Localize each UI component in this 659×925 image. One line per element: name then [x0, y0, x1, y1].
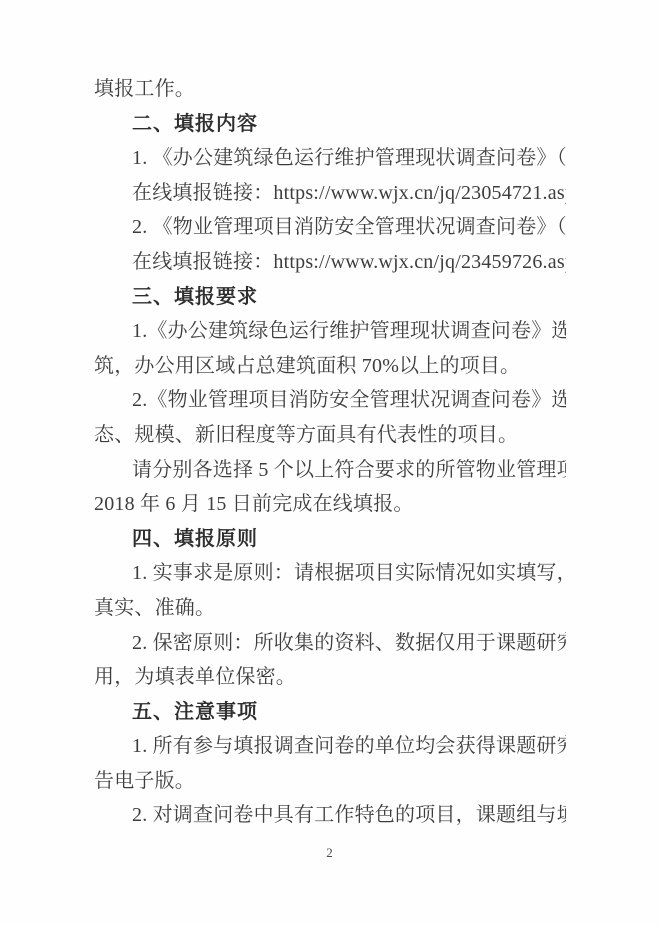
section-heading-5: 五、注意事项 [94, 695, 566, 730]
paragraph-line: 请分别各选择 5 个以上符合要求的所管物业管理项目，于 [94, 453, 566, 488]
survey-2-link-line: 在线填报链接：https://www.wjx.cn/jq/23459726.as… [94, 245, 566, 280]
document-text-column: 填报工作。 二、填报内容 1. 《办公建筑绿色运行维护管理现状调查问卷》（附件 … [94, 72, 566, 833]
section-heading-4: 四、填报原则 [94, 522, 566, 557]
paragraph-line: 用，为填表单位保密。 [94, 660, 566, 695]
paragraph-line: 1. 实事求是原则：请根据项目实际情况如实填写，确保数据 [94, 556, 566, 591]
link-label: 在线填报链接： [132, 251, 273, 273]
list-item-survey-2-title: 2. 《物业管理项目消防安全管理状况调查问卷》（附件 2） [94, 210, 566, 245]
paragraph-line: 2.《物业管理项目消防安全管理状况调查问卷》选择不同业 [94, 383, 566, 418]
section-heading-2: 二、填报内容 [94, 107, 566, 142]
survey-link-1[interactable]: https://www.wjx.cn/jq/23054721.aspx [273, 182, 566, 204]
document-page: 填报工作。 二、填报内容 1. 《办公建筑绿色运行维护管理现状调查问卷》（附件 … [0, 0, 659, 925]
paragraph-line: 1.《办公建筑绿色运行维护管理现状调查问卷》选择办公建 [94, 314, 566, 349]
page-number: 2 [0, 845, 659, 861]
paragraph-line: 2018 年 6 月 15 日前完成在线填报。 [94, 487, 566, 522]
link-label: 在线填报链接： [132, 182, 273, 204]
paragraph-line: 1. 所有参与填报调查问卷的单位均会获得课题研究成果报 [94, 729, 566, 764]
paragraph-line: 筑，办公用区域占总建筑面积 70%以上的项目。 [94, 349, 566, 384]
list-item-survey-1-title: 1. 《办公建筑绿色运行维护管理现状调查问卷》（附件 1） [94, 141, 566, 176]
survey-1-link-line: 在线填报链接：https://www.wjx.cn/jq/23054721.as… [94, 176, 566, 211]
paragraph-line: 2. 保密原则：所收集的资料、数据仅用于课题研究，不作他 [94, 626, 566, 661]
paragraph-continuation: 填报工作。 [94, 72, 566, 107]
paragraph-line: 真实、准确。 [94, 591, 566, 626]
paragraph-line: 告电子版。 [94, 764, 566, 799]
paragraph-line: 态、规模、新旧程度等方面具有代表性的项目。 [94, 418, 566, 453]
survey-link-2[interactable]: https://www.wjx.cn/jq/23459726.aspx [273, 251, 566, 273]
section-heading-3: 三、填报要求 [94, 280, 566, 315]
paragraph-line: 2. 对调查问卷中具有工作特色的项目，课题组与填报单位沟 [94, 798, 566, 833]
